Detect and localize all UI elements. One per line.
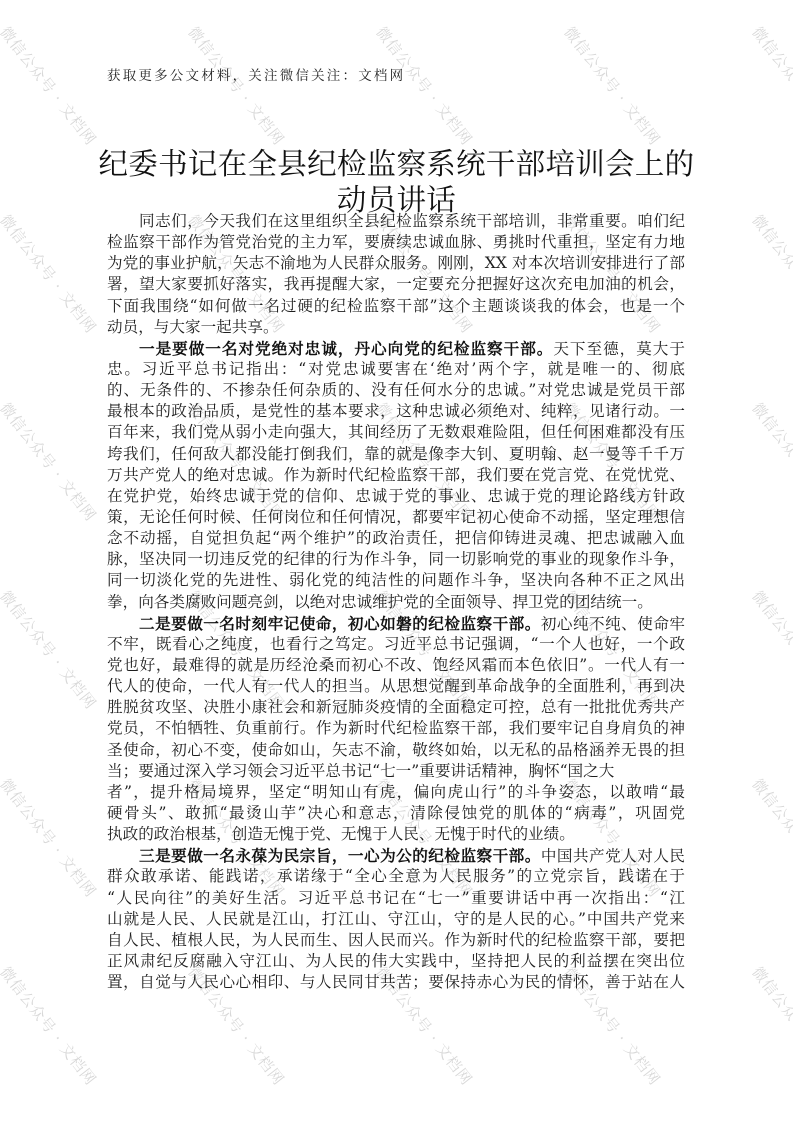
text-line: 山就是人民、人民就是江山，打江山、守江山，守的是人民的心。”中国共产党来 bbox=[107, 909, 685, 930]
watermark-text: 微信公众号 · 文档网 bbox=[0, 962, 101, 1089]
text-run: 天下至德，莫大于 bbox=[553, 340, 685, 358]
text-line: 党也好，最难得的就是历经沧桑而初心不改、饱经风霜而本色依旧”。一代人有一 bbox=[107, 655, 685, 676]
text-line: 一是要做一名对党绝对忠诚，丹心向党的纪检监察干部。天下至德，莫大于 bbox=[107, 338, 685, 359]
watermark-text: 微信公众号 · 文档网 bbox=[0, 210, 101, 337]
watermark-text: 微信公众号 · 文档网 bbox=[0, 774, 101, 901]
text-run: 初心纯不纯、使命牢 bbox=[541, 615, 685, 633]
text-line: 者”，提升格局境界，坚定“明知山有虎，偏向虎山行”的斗争姿态，以敢啃“最 bbox=[107, 782, 685, 803]
text-line: 脉，坚决同一切违反党的纪律的行为作斗争，同一切影响党的事业的现象作斗争， bbox=[107, 549, 685, 570]
text-line: 检监察干部作为管党治党的主力军，要赓续忠诚血脉、勇挑时代重担，坚定有力地 bbox=[107, 232, 685, 253]
text-line: 群众敢承诺、能践诺，承诺缘于“全心全意为人民服务”的立党宗旨，践诺在于 bbox=[107, 866, 685, 887]
paragraph-intro: 同志们，今天我们在这里组织全县纪检监察系统干部培训，非常重要。咱们纪 检监察干部… bbox=[107, 211, 687, 338]
watermark-text: 微信公众号 · 文档网 bbox=[0, 398, 101, 525]
watermark-text: 微信公众号 · 文档网 bbox=[371, 22, 477, 149]
text-line: 万共产党人的绝对忠诚。作为新时代纪检监察干部，我们要在党言党、在党忧党、 bbox=[107, 465, 685, 486]
watermark-text: 微信公众号 · 文档网 bbox=[0, 22, 101, 149]
text-line: 当；要通过深入学习领会习近平总书记“七一”重要讲话精神，胸怀“国之大 bbox=[107, 761, 685, 782]
text-line: 在党护党，始终忠诚于党的信仰、忠诚于党的事业、忠诚于党的理论路线方针政 bbox=[107, 486, 685, 507]
text-line: “人民向往”的美好生活。习近平总书记在“七一”重要讲话中再一次指出：“江 bbox=[107, 888, 685, 909]
text-run: 中国共产党人对人民 bbox=[541, 847, 685, 865]
text-line: 圣使命，初心不变，使命如山，矢志不渝，敬终如始，以无私的品格涵养无畏的担 bbox=[107, 740, 685, 761]
text-line: 胜脱贫攻坚、决胜小康社会和新冠肺炎疫情的全面稳定可控，总有一批批优秀共产 bbox=[107, 697, 685, 718]
section-heading: 三是要做一名永葆为民宗旨，一心为公的纪检监察干部。 bbox=[139, 846, 541, 865]
watermark-text: 微信公众号 · 文档网 bbox=[183, 22, 289, 149]
text-line: 代人的使命，一代人有一代人的担当。从思想觉醒到革命战争的全面胜利，再到决 bbox=[107, 676, 685, 697]
text-line: 最根本的政治品质，是党性的基本要求，这种忠诚必须绝对、纯粹，见诸行动。一 bbox=[107, 401, 685, 422]
paragraph-section-1: 一是要做一名对党绝对忠诚，丹心向党的纪检监察干部。天下至德，莫大于 忠。习近平总… bbox=[107, 338, 687, 613]
text-line: 正风肃纪反腐融入守江山、为人民的伟大实践中，坚持把人民的利益摆在突出位 bbox=[107, 951, 685, 972]
text-line: 的、无条件的、不掺杂任何杂质的、没有任何水分的忠诚。”对党忠诚是党员干部 bbox=[107, 380, 685, 401]
text-line: 署，望大家要抓好落实，我再提醒大家，一定要充分把握好这次充电加油的机会， bbox=[107, 274, 685, 295]
text-line: 同一切淡化党的先进性、弱化党的纯洁性的问题作斗争，坚决向各种不正之风出 bbox=[107, 570, 685, 591]
watermark-text: 微信公众号 · 文档网 bbox=[747, 774, 793, 901]
text-line: 为党的事业护航，矢志不渝地为人民群众服务。刚刚，XX 对本次培训安排进行了部 bbox=[107, 253, 685, 274]
text-line: 执政的政治根基，创造无愧于党、无愧于人民、无愧于时代的业绩。 bbox=[107, 824, 685, 845]
text-line: 置，自觉与人民心心相印、与人民同甘共苦；要保持赤心为民的情怀，善于站在人 bbox=[107, 972, 685, 993]
watermark-text: 微信公众号 · 文档网 bbox=[559, 22, 665, 149]
text-line: 同志们，今天我们在这里组织全县纪检监察系统干部培训，非常重要。咱们纪 bbox=[107, 211, 685, 232]
document-body: 同志们，今天我们在这里组织全县纪检监察系统干部培训，非常重要。咱们纪 检监察干部… bbox=[107, 211, 687, 993]
watermark-text: 微信公众号 · 文档网 bbox=[747, 22, 793, 149]
watermark-text: 微信公众号 · 文档网 bbox=[747, 398, 793, 525]
paragraph-section-3: 三是要做一名永葆为民宗旨，一心为公的纪检监察干部。中国共产党人对人民 群众敢承诺… bbox=[107, 845, 687, 993]
watermark-text: 微信公众号 · 文档网 bbox=[747, 586, 793, 713]
section-heading: 二是要做一名时刻牢记使命，初心如磐的纪检监察干部。 bbox=[139, 614, 541, 633]
text-line: 二是要做一名时刻牢记使命，初心如磐的纪检监察干部。初心纯不纯、使命牢 bbox=[107, 613, 685, 634]
text-line: 党员，不怕牺牲、负重前行。作为新时代纪检监察干部，我们要牢记自身肩负的神 bbox=[107, 718, 685, 739]
text-line: 硬骨头”、敢抓“最烫山芋”决心和意志，清除侵蚀党的肌体的“病毒”，巩固党 bbox=[107, 803, 685, 824]
text-line: 动员，与大家一起共享。 bbox=[107, 317, 685, 338]
text-line: 垮我们，任何敌人都没能打倒我们，靠的就是像李大钊、夏明翰、赵一曼等千千万 bbox=[107, 444, 685, 465]
header-note: 获取更多公文材料，关注微信关注：文档网 bbox=[107, 64, 405, 84]
section-heading: 一是要做一名对党绝对忠诚，丹心向党的纪检监察干部。 bbox=[139, 339, 553, 358]
text-line: 忠。习近平总书记指出：“对党忠诚要害在‘绝对’两个字，就是唯一的、彻底 bbox=[107, 359, 685, 380]
text-line: 三是要做一名永葆为民宗旨，一心为公的纪检监察干部。中国共产党人对人民 bbox=[107, 845, 685, 866]
text-line: 自人民、植根人民，为人民而生、因人民而兴。作为新时代的纪检监察干部，要把 bbox=[107, 930, 685, 951]
text-line: 拳，向各类腐败问题亮剑，以绝对忠诚维护党的全面领导、捍卫党的团结统一。 bbox=[107, 592, 685, 613]
text-line: 念不动摇，自觉担负起“两个维护”的政治责任，把信仰铸进灵魂、把忠诚融入血 bbox=[107, 528, 685, 549]
paragraph-section-2: 二是要做一名时刻牢记使命，初心如磐的纪检监察干部。初心纯不纯、使命牢 不牢，既看… bbox=[107, 613, 687, 846]
document-page: 微信公众号 · 文档网微信公众号 · 文档网微信公众号 · 文档网微信公众号 ·… bbox=[0, 0, 793, 1122]
watermark-text: 微信公众号 · 文档网 bbox=[0, 586, 101, 713]
text-line: 下面我围绕“如何做一名过硬的纪检监察干部”这个主题谈谈我的体会，也是一个 bbox=[107, 296, 685, 317]
text-line: 不牢，既看心之纯度，也看行之笃定。习近平总书记强调，“一个人也好，一个政 bbox=[107, 634, 685, 655]
text-line: 百年来，我们党从弱小走向强大，其间经历了无数艰难险阻，但任何困难都没有压 bbox=[107, 422, 685, 443]
text-line: 策，无论任何时候、任何岗位和任何情况，都要牢记初心使命不动摇，坚定理想信 bbox=[107, 507, 685, 528]
watermark-text: 微信公众号 · 文档网 bbox=[747, 210, 793, 337]
watermark-text: 微信公众号 · 文档网 bbox=[747, 962, 793, 1089]
